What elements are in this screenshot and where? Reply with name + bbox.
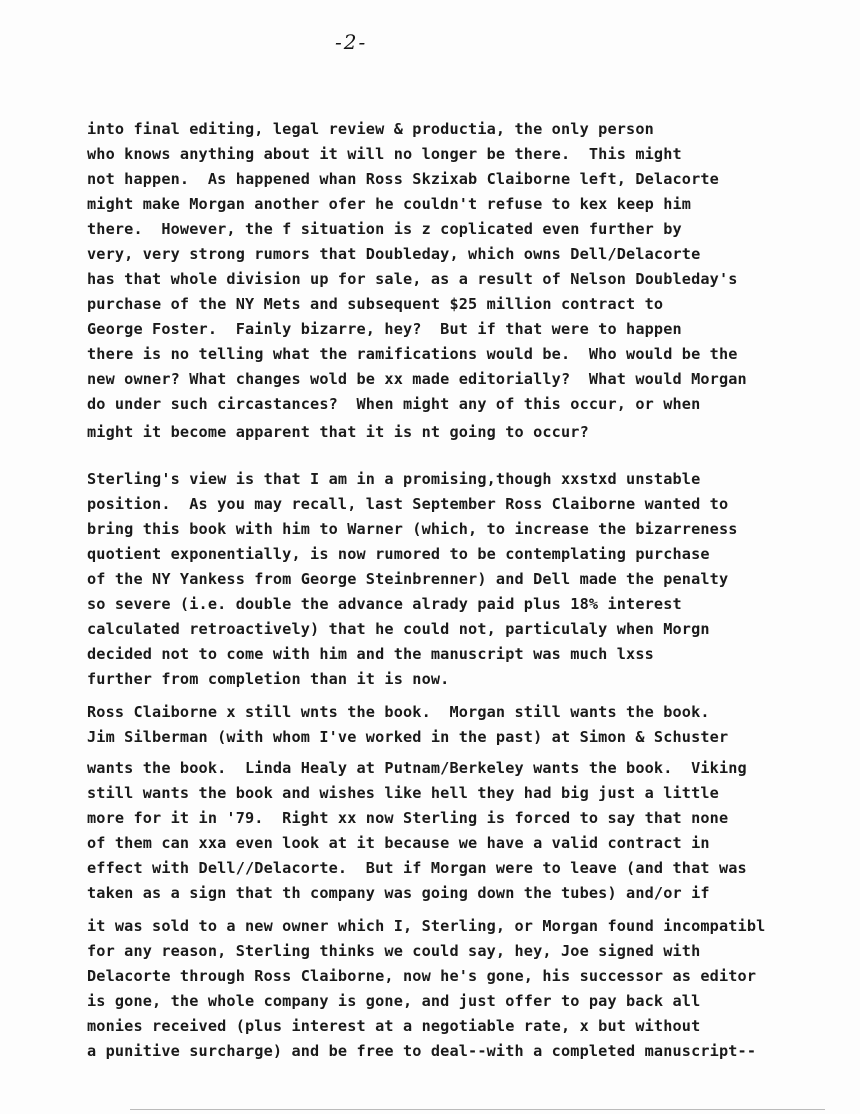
paragraph-3: Ross Claiborne x still wnts the book. Mo… xyxy=(87,700,765,1064)
text-line: still wants the book and wishes like hel… xyxy=(87,781,765,806)
text-line: Delacorte through Ross Claiborne, now he… xyxy=(87,964,765,989)
page-number: -2- xyxy=(335,30,367,54)
text-line: taken as a sign that th company was goin… xyxy=(87,881,765,906)
text-line: quotient exponentially, is now rumored t… xyxy=(87,542,738,567)
text-line: Ross Claiborne x still wnts the book. Mo… xyxy=(87,700,765,725)
text-line: wants the book. Linda Healy at Putnam/Be… xyxy=(87,756,765,781)
text-line: position. As you may recall, last Septem… xyxy=(87,492,738,517)
text-line: of them can xxa even look at it because … xyxy=(87,831,765,856)
text-line: calculated retroactively) that he could … xyxy=(87,617,738,642)
text-line: do under such circastances? When might a… xyxy=(87,392,747,417)
text-line: it was sold to a new owner which I, Ster… xyxy=(87,914,765,939)
text-line: monies received (plus interest at a nego… xyxy=(87,1014,765,1039)
scan-page-edge xyxy=(130,1109,825,1110)
text-line: might make Morgan another ofer he couldn… xyxy=(87,192,747,217)
text-line: bring this book with him to Warner (whic… xyxy=(87,517,738,542)
text-line: George Foster. Fainly bizarre, hey? But … xyxy=(87,317,747,342)
text-line: further from completion than it is now. xyxy=(87,667,738,692)
text-line: might it become apparent that it is nt g… xyxy=(87,420,747,445)
text-line: for any reason, Sterling thinks we could… xyxy=(87,939,765,964)
text-line: decided not to come with him and the man… xyxy=(87,642,738,667)
text-line: very, very strong rumors that Doubleday,… xyxy=(87,242,747,267)
paragraph-1: into final editing, legal review & produ… xyxy=(87,117,747,445)
paragraph-2: Sterling's view is that I am in a promis… xyxy=(87,467,738,692)
text-line: a punitive surcharge) and be free to dea… xyxy=(87,1039,765,1064)
text-line: into final editing, legal review & produ… xyxy=(87,117,747,142)
text-line: new owner? What changes wold be xx made … xyxy=(87,367,747,392)
text-line: more for it in '79. Right xx now Sterlin… xyxy=(87,806,765,831)
text-line: effect with Dell//Delacorte. But if Morg… xyxy=(87,856,765,881)
text-line: has that whole division up for sale, as … xyxy=(87,267,747,292)
text-line: so severe (i.e. double the advance alrad… xyxy=(87,592,738,617)
text-line: there is no telling what the ramificatio… xyxy=(87,342,747,367)
text-line: not happen. As happened whan Ross Skzixa… xyxy=(87,167,747,192)
text-line: who knows anything about it will no long… xyxy=(87,142,747,167)
text-line: Jim Silberman (with whom I've worked in … xyxy=(87,725,765,750)
text-line: there. However, the f situation is z cop… xyxy=(87,217,747,242)
text-line: purchase of the NY Mets and subsequent $… xyxy=(87,292,747,317)
text-line: of the NY Yankess from George Steinbrenn… xyxy=(87,567,738,592)
text-line: Sterling's view is that I am in a promis… xyxy=(87,467,738,492)
text-line: is gone, the whole company is gone, and … xyxy=(87,989,765,1014)
